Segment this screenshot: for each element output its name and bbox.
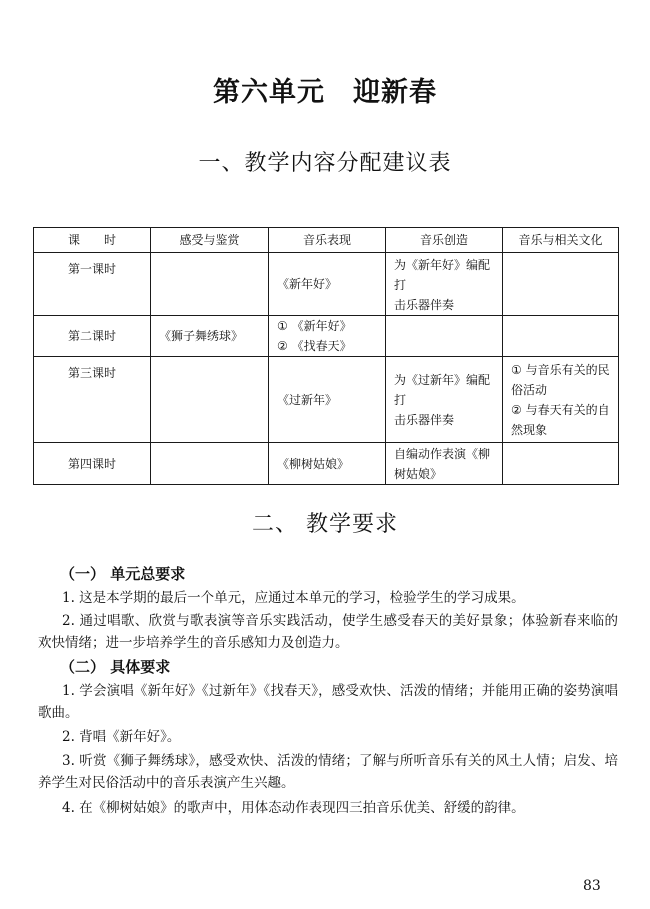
table-header-row: 课 时 感受与鉴赏 音乐表现 音乐创造 音乐与相关文化	[34, 228, 619, 253]
creation-cell: 自编动作表演《柳树姑娘》	[386, 443, 503, 485]
lesson-cell: 第四课时	[34, 443, 151, 485]
page-number: 83	[583, 878, 601, 894]
header-creation: 音乐创造	[386, 228, 503, 253]
unit-name: 迎新春	[353, 77, 437, 108]
lesson-cell: 第二课时	[34, 316, 151, 357]
performance-cell: 《新年好》	[269, 253, 386, 316]
appreciation-cell	[151, 443, 269, 485]
allocation-table: 课 时 感受与鉴赏 音乐表现 音乐创造 音乐与相关文化 第一课时 《新年好》 为…	[33, 227, 619, 485]
section-title-requirements: 二、 教学要求	[0, 507, 650, 538]
requirement-paragraph: 4. 在《柳树姑娘》的歌声中，用体态动作表现四三拍音乐优美、舒缓的韵律。	[38, 797, 618, 819]
lesson-cell: 第一课时	[34, 253, 151, 316]
table-row: 第一课时 《新年好》 为《新年好》编配打击乐器伴奏	[34, 253, 619, 316]
culture-cell	[503, 316, 619, 357]
appreciation-cell	[151, 357, 269, 443]
culture-cell	[503, 443, 619, 485]
table-row: 第三课时 《过新年》 为《过新年》编配打击乐器伴奏 ① 与音乐有关的民俗活动② …	[34, 357, 619, 443]
requirement-paragraph: 2. 通过唱歌、欣赏与歌表演等音乐实践活动，使学生感受春天的美好景象；体验新春来…	[38, 610, 618, 654]
section-title-allocation: 一、教学内容分配建议表	[0, 146, 650, 177]
header-culture: 音乐与相关文化	[503, 228, 619, 253]
culture-cell	[503, 253, 619, 316]
requirement-paragraph: 3. 听赏《狮子舞绣球》，感受欢快、活泼的情绪；了解与所听音乐有关的风土人情；启…	[38, 750, 618, 794]
performance-cell: 《柳树姑娘》	[269, 443, 386, 485]
header-lesson: 课 时	[34, 228, 151, 253]
performance-cell: ① 《新年好》② 《找春天》	[269, 316, 386, 357]
header-performance: 音乐表现	[269, 228, 386, 253]
lesson-cell: 第三课时	[34, 357, 151, 443]
requirement-paragraph: 1. 学会演唱《新年好》《过新年》《找春天》，感受欢快、活泼的情绪；并能用正确的…	[38, 680, 618, 724]
creation-cell	[386, 316, 503, 357]
table-row: 第四课时 《柳树姑娘》 自编动作表演《柳树姑娘》	[34, 443, 619, 485]
header-appreciation: 感受与鉴赏	[151, 228, 269, 253]
appreciation-cell: 《狮子舞绣球》	[151, 316, 269, 357]
requirement-paragraph: 2. 背唱《新年好》。	[38, 726, 618, 748]
unit-number: 第六单元	[213, 77, 325, 108]
culture-cell: ① 与音乐有关的民俗活动② 与春天有关的自然现象	[503, 357, 619, 443]
creation-cell: 为《新年好》编配打击乐器伴奏	[386, 253, 503, 316]
unit-title: 第六单元迎新春	[0, 70, 650, 109]
creation-cell: 为《过新年》编配打击乐器伴奏	[386, 357, 503, 443]
requirement-paragraph: 1. 这是本学期的最后一个单元，应通过本单元的学习，检验学生的学习成果。	[38, 587, 618, 609]
table-row: 第二课时 《狮子舞绣球》 ① 《新年好》② 《找春天》	[34, 316, 619, 357]
subheading-unit-requirements: （一） 单元总要求	[60, 563, 185, 584]
appreciation-cell	[151, 253, 269, 316]
performance-cell: 《过新年》	[269, 357, 386, 443]
subheading-specific-requirements: （二） 具体要求	[60, 656, 170, 677]
